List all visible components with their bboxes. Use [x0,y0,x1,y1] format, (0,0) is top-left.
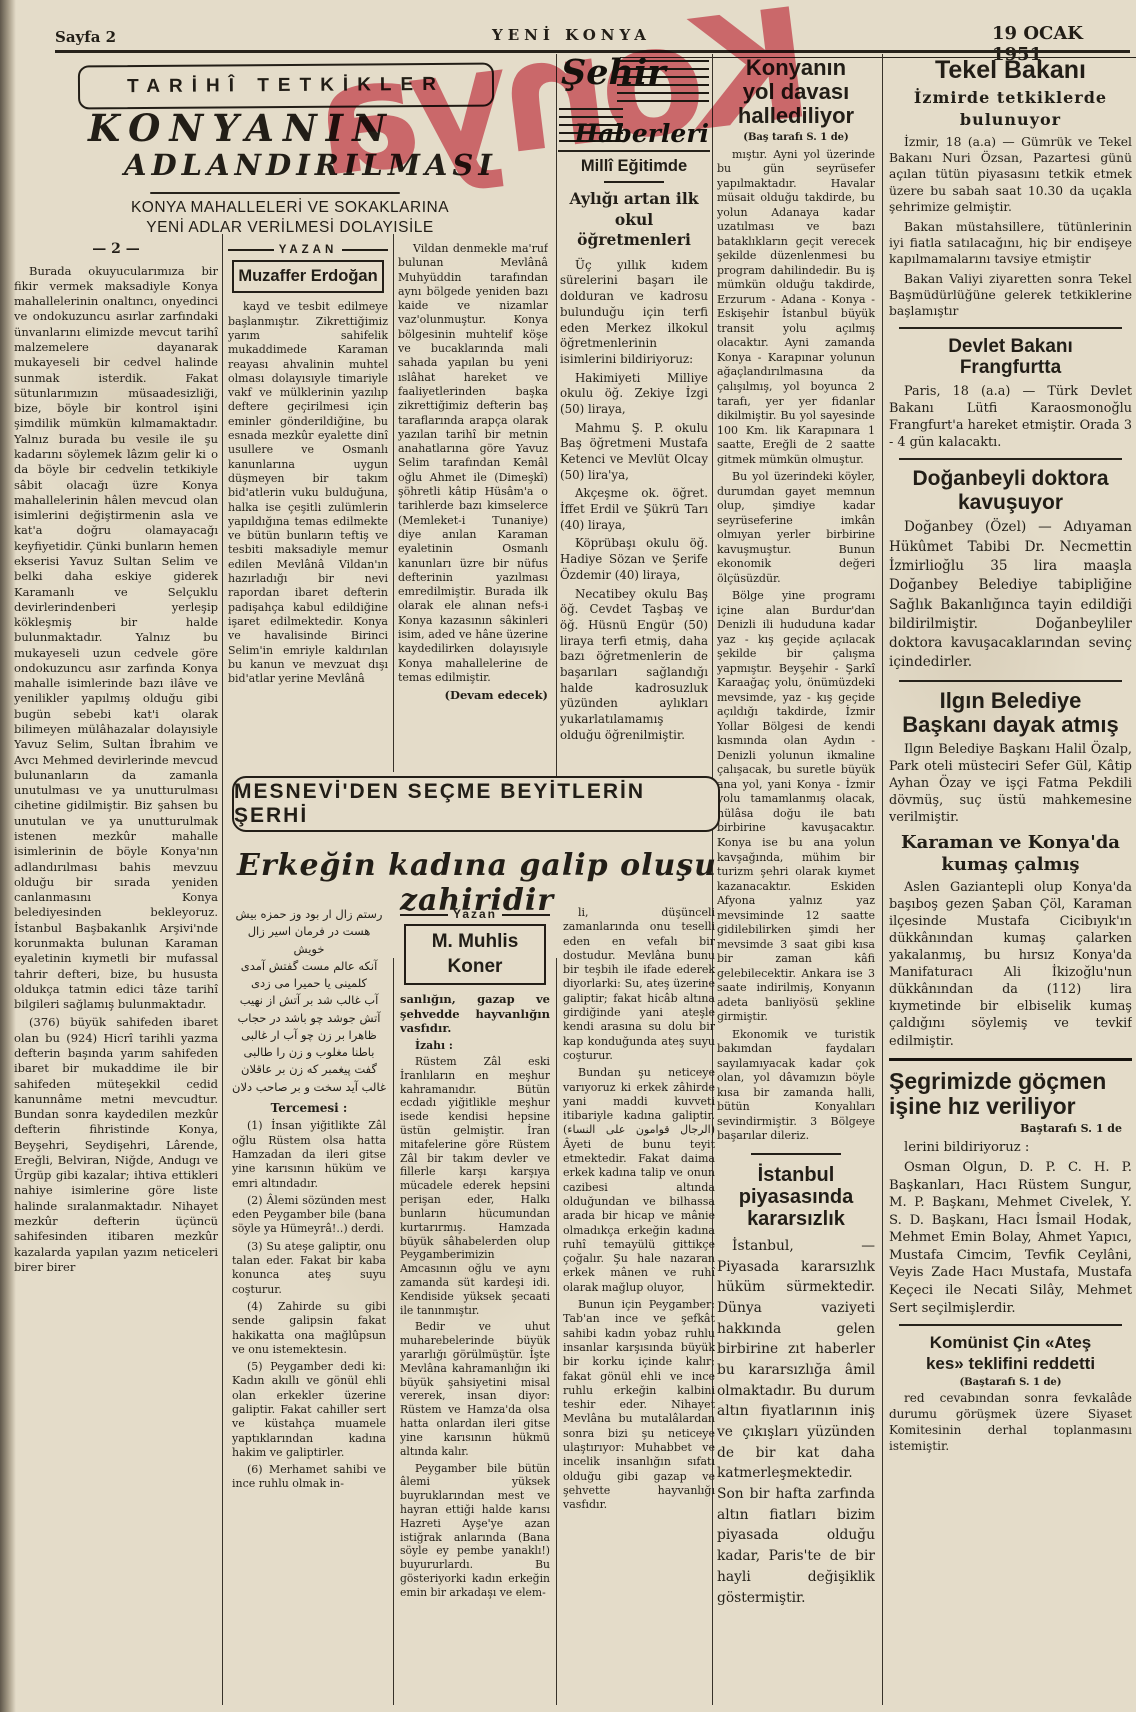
column-rule [556,54,557,792]
rail-divider [899,680,1122,682]
paragraph: Bu yol üzerindeki köyler, durumdan gayet… [717,470,875,586]
byline-label-row: YAZAN [228,243,388,258]
paragraph: kayd ve tesbit edilmeye başlanmıştır. Zi… [228,300,388,686]
newspaper-title: YENİ KONYA [492,26,651,44]
education-section: Millî Eğitimde Aylığı artan ilk okul öğr… [560,156,708,790]
persian-verses: رستم زال ار بود وز حمزه بیش هست در فرمان… [232,906,386,1096]
doganbey-headline: Doğanbeyli doktora kavuşuyor [889,467,1132,514]
paragraph: Akçeşme ok. öğret. İffet Erdil ve Şükrü … [560,486,708,533]
paragraph: Bakan Valiyi ziyaretten sonra Tekel Başm… [889,271,1132,320]
author-box: Muzaffer Erdoğan [232,260,384,293]
rail-divider [899,1324,1122,1326]
article-divider [751,1153,841,1155]
paragraph: Mahmu Ş. P. okulu Baş öğretmeni Mustafa … [560,421,708,484]
article-title-line2: ADLANDIRILMASI [124,148,497,182]
article-column-2: YAZAN Muzaffer Erdoğan kayd ve tesbit ed… [228,242,388,772]
kicker-label: TARİHÎ TETKİKLER [127,74,445,98]
paragraph: (3) Su ateşe galiptir, onu talan eder. F… [232,1240,386,1297]
paragraph: (5) Peygamber dedi ki: Kadın akıllı ve g… [232,1360,386,1460]
right-rail: Tekel Bakanı İzmirde tetkiklerde bulunuy… [889,54,1132,1706]
paragraph: mıştır. Ayni yol üzerinde bu gün seyrüse… [717,148,875,467]
section-title-rule [604,181,664,183]
rail-heavy-divider [889,1058,1132,1061]
column-1-body: Burada okuyucularımıza bir fikir vermek … [14,264,218,1276]
paragraph: li, düşünceli zamanlarında onu teselli e… [563,906,715,1063]
paragraph: İzmir, 18 (a.a) — Gümrük ve Tekel Bakanı… [889,134,1132,216]
paragraph: (6) Merhamet sahibi ve ince ruhlu olmak … [232,1463,386,1492]
article-subtitle-line2: YENİ ADLAR VERİLMESİ DOLAYISİLE [50,219,530,237]
paragraph: Osman Olgun, D. P. C. H. P. Başkanları, … [889,1159,1132,1317]
page-number-label: Sayfa 2 [55,28,116,46]
logo-bottom-rule [558,150,710,152]
tekel-headline: Tekel Bakanı [889,54,1132,87]
column-rule [882,54,883,1705]
china-headline: Komünist Çin «Ateş kes» teklifini reddet… [889,1333,1132,1374]
road-headline: Konyanın yol davası hallediliyor [717,56,875,129]
china-body: red cevabından sonra fevkalâde durumu gö… [889,1391,1132,1455]
paragraph: Üç yıllık kıdem sürelerini başarı ile do… [560,258,708,368]
road-body: mıştır. Ayni yol üzerinde bu gün seyrüse… [717,148,875,1144]
title-flourish-rule [150,192,400,194]
mesnevi-column-a: رستم زال ار بود وز حمزه بیش هست در فرمان… [232,906,386,1705]
china-continued-note: (Baştarafı S. 1 de) [889,1376,1132,1389]
part-number: — 2 — [14,240,218,259]
sehir-haberleri-logo: Şehir Haberleri [559,56,709,148]
translation-label: Tercemesi : [232,1101,386,1117]
paragraph: Bunun için Peygamber: Tab'an ince ve şef… [563,1298,715,1512]
column-rule [222,234,223,1705]
istanbul-market-body: İstanbul, — Piyasada kararsızlık hüküm s… [717,1236,875,1608]
ilgin-body: Ilgın Belediye Başkanı Halil Özalp, Park… [889,741,1132,826]
paragraph: Rüstem Zâl eski İranlıların en meşhur ka… [400,1055,550,1317]
rail-divider [899,458,1122,460]
explanation-label: İzahı : [400,1039,550,1053]
paragraph: (1) İnsan yiğitlikte Zâl oğlu Rüstem ols… [232,1119,386,1190]
education-headline: Aylığı artan ilk okul öğretmenleri [560,189,708,251]
byline-label: YAZAN [279,243,338,258]
logo-word-sehir: Şehir [561,52,666,93]
paragraph: Ekonomik ve turistik bakımdan faydaları … [717,1028,875,1144]
paragraph: Köprübaşı okulu öğ. Hadiye Sözan ve Şeri… [560,536,708,583]
newspaper-page: Sayfa 2 YENİ KONYA 19 OCAK 1951 Konya TA… [0,0,1136,1712]
mesnevi-author-box: M. Muhlis Koner [404,924,546,985]
rail-divider [899,327,1122,329]
mesnevi-author-name: M. Muhlis Koner [432,931,519,976]
mesnevi-box-title: MESNEVİ'DEN SEÇME BEYİTLERİN ŞERHİ [234,780,718,828]
article-title-line1: KONYANIN [88,106,395,150]
refugee-body: lerini bildiriyoruz :Osman Olgun, D. P. … [889,1139,1132,1317]
mesnevi-byline-label-row: Yazan [400,907,550,922]
column-2-body: kayd ve tesbit edilmeye başlanmıştır. Zi… [228,300,388,686]
paragraph: (376) büyük sahifeden ibaret olan bu (92… [14,1015,218,1275]
mesnevi-byline-label: Yazan [453,907,497,922]
column-rule [393,958,394,1705]
paragraph: lerini bildiriyoruz : [889,1139,1132,1157]
paragraph: Necatibey okulu Baş öğ. Cevdet Taşbaş ve… [560,587,708,744]
paragraph: Vildan denmekle ma'ruf bulunan Mevlânâ M… [398,242,548,685]
paragraph: (4) Zahirde su gibi sende galipsin fakat… [232,1300,386,1357]
to-be-continued: (Devam edecek) [398,688,548,703]
column-rule [393,234,394,772]
article-column-3: Vildan denmekle ma'ruf bulunan Mevlânâ M… [398,242,548,772]
paragraph: Burada okuyucularımıza bir fikir vermek … [14,264,218,1013]
state-minister-headline: Devlet Bakanı Frangfurtta [889,336,1132,380]
doganbey-body: Doğanbey (Özel) — Adıyaman Hükûmet Tabib… [889,518,1132,672]
kicker-box: TARİHÎ TETKİKLER [78,63,494,110]
column-3-body: Vildan denmekle ma'ruf bulunan Mevlânâ M… [398,242,548,685]
paragraph: Hakimiyeti Milliye okulu öğ. Zekiye İzgi… [560,371,708,418]
tekel-body: İzmir, 18 (a.a) — Gümrük ve Tekel Bakanı… [889,134,1132,320]
mesnevi-column-b: Yazan M. Muhlis Koner sanlığın, gazap ve… [400,906,550,1705]
refugee-headline: Şegrimizde göçmen işine hız veriliyor [889,1069,1132,1121]
education-section-title: Millî Eğitimde [560,156,708,178]
mesnevi-colc-body: li, düşünceli zamanlarında onu teselli e… [563,906,715,1512]
paragraph: Bedir ve uhut muharebelerinde büyük yara… [400,1320,550,1458]
article-column-1: — 2 — Burada okuyucularımıza bir fikir v… [14,240,218,1592]
paragraph: Bakan müstahsillere, tütünlerinin iyi fi… [889,219,1132,268]
mesnevi-colb-lead: sanlığın, gazap ve şehvedde hayvanlığın … [400,992,550,1036]
tekel-subheadline: İzmirde tetkiklerde bulunuyor [889,87,1132,130]
paragraph: Bundan şu neticeye varıyoruz ki erkek zâ… [563,1066,715,1295]
translation-body: (1) İnsan yiğitlikte Zâl oğlu Rüstem ols… [232,1119,386,1491]
column-rule [556,958,557,1705]
paragraph: Peygamber bile bütün âlemi yüksek buyruk… [400,1462,550,1600]
paragraph: (2) Âlemi sözünden mest eden Peygamber b… [232,1194,386,1237]
article-subtitle-line1: KONYA MAHALLELERİ VE SOKAKLARINA [50,199,530,217]
mesnevi-title-box: MESNEVİ'DEN SEÇME BEYİTLERİN ŞERHİ [232,776,720,832]
state-minister-body: Paris, 18 (a.a) — Türk Devlet Bakanı Lüt… [889,383,1132,451]
paragraph: Bölge yine programı içine alan Burdur'da… [717,589,875,1024]
karaman-headline: Karaman ve Konya'da kumaş çalmış [889,832,1132,875]
refugee-continued-note: Baştarafı S. 1 de [889,1122,1122,1137]
road-issue-column: Konyanın yol davası hallediliyor (Baş ta… [717,56,875,1705]
continued-from-note: (Baş tarafı S. 1 de) [717,131,875,144]
mesnevi-colb-body: Rüstem Zâl eski İranlıların en meşhur ka… [400,1055,550,1600]
logo-word-haberleri: Haberleri [575,119,709,148]
author-name: Muzaffer Erdoğan [238,267,377,285]
karaman-body: Aslen Gaziantepli olup Konya'da başıboş … [889,879,1132,1049]
education-body: Üç yıllık kıdem sürelerini başarı ile do… [560,258,708,744]
ilgin-headline: Ilgın Belediye Başkanı dayak atmış [889,689,1132,737]
mesnevi-column-c: li, düşünceli zamanlarında onu teselli e… [563,906,715,1705]
istanbul-market-headline: İstanbul piyasasında kararsızlık [717,1164,875,1230]
